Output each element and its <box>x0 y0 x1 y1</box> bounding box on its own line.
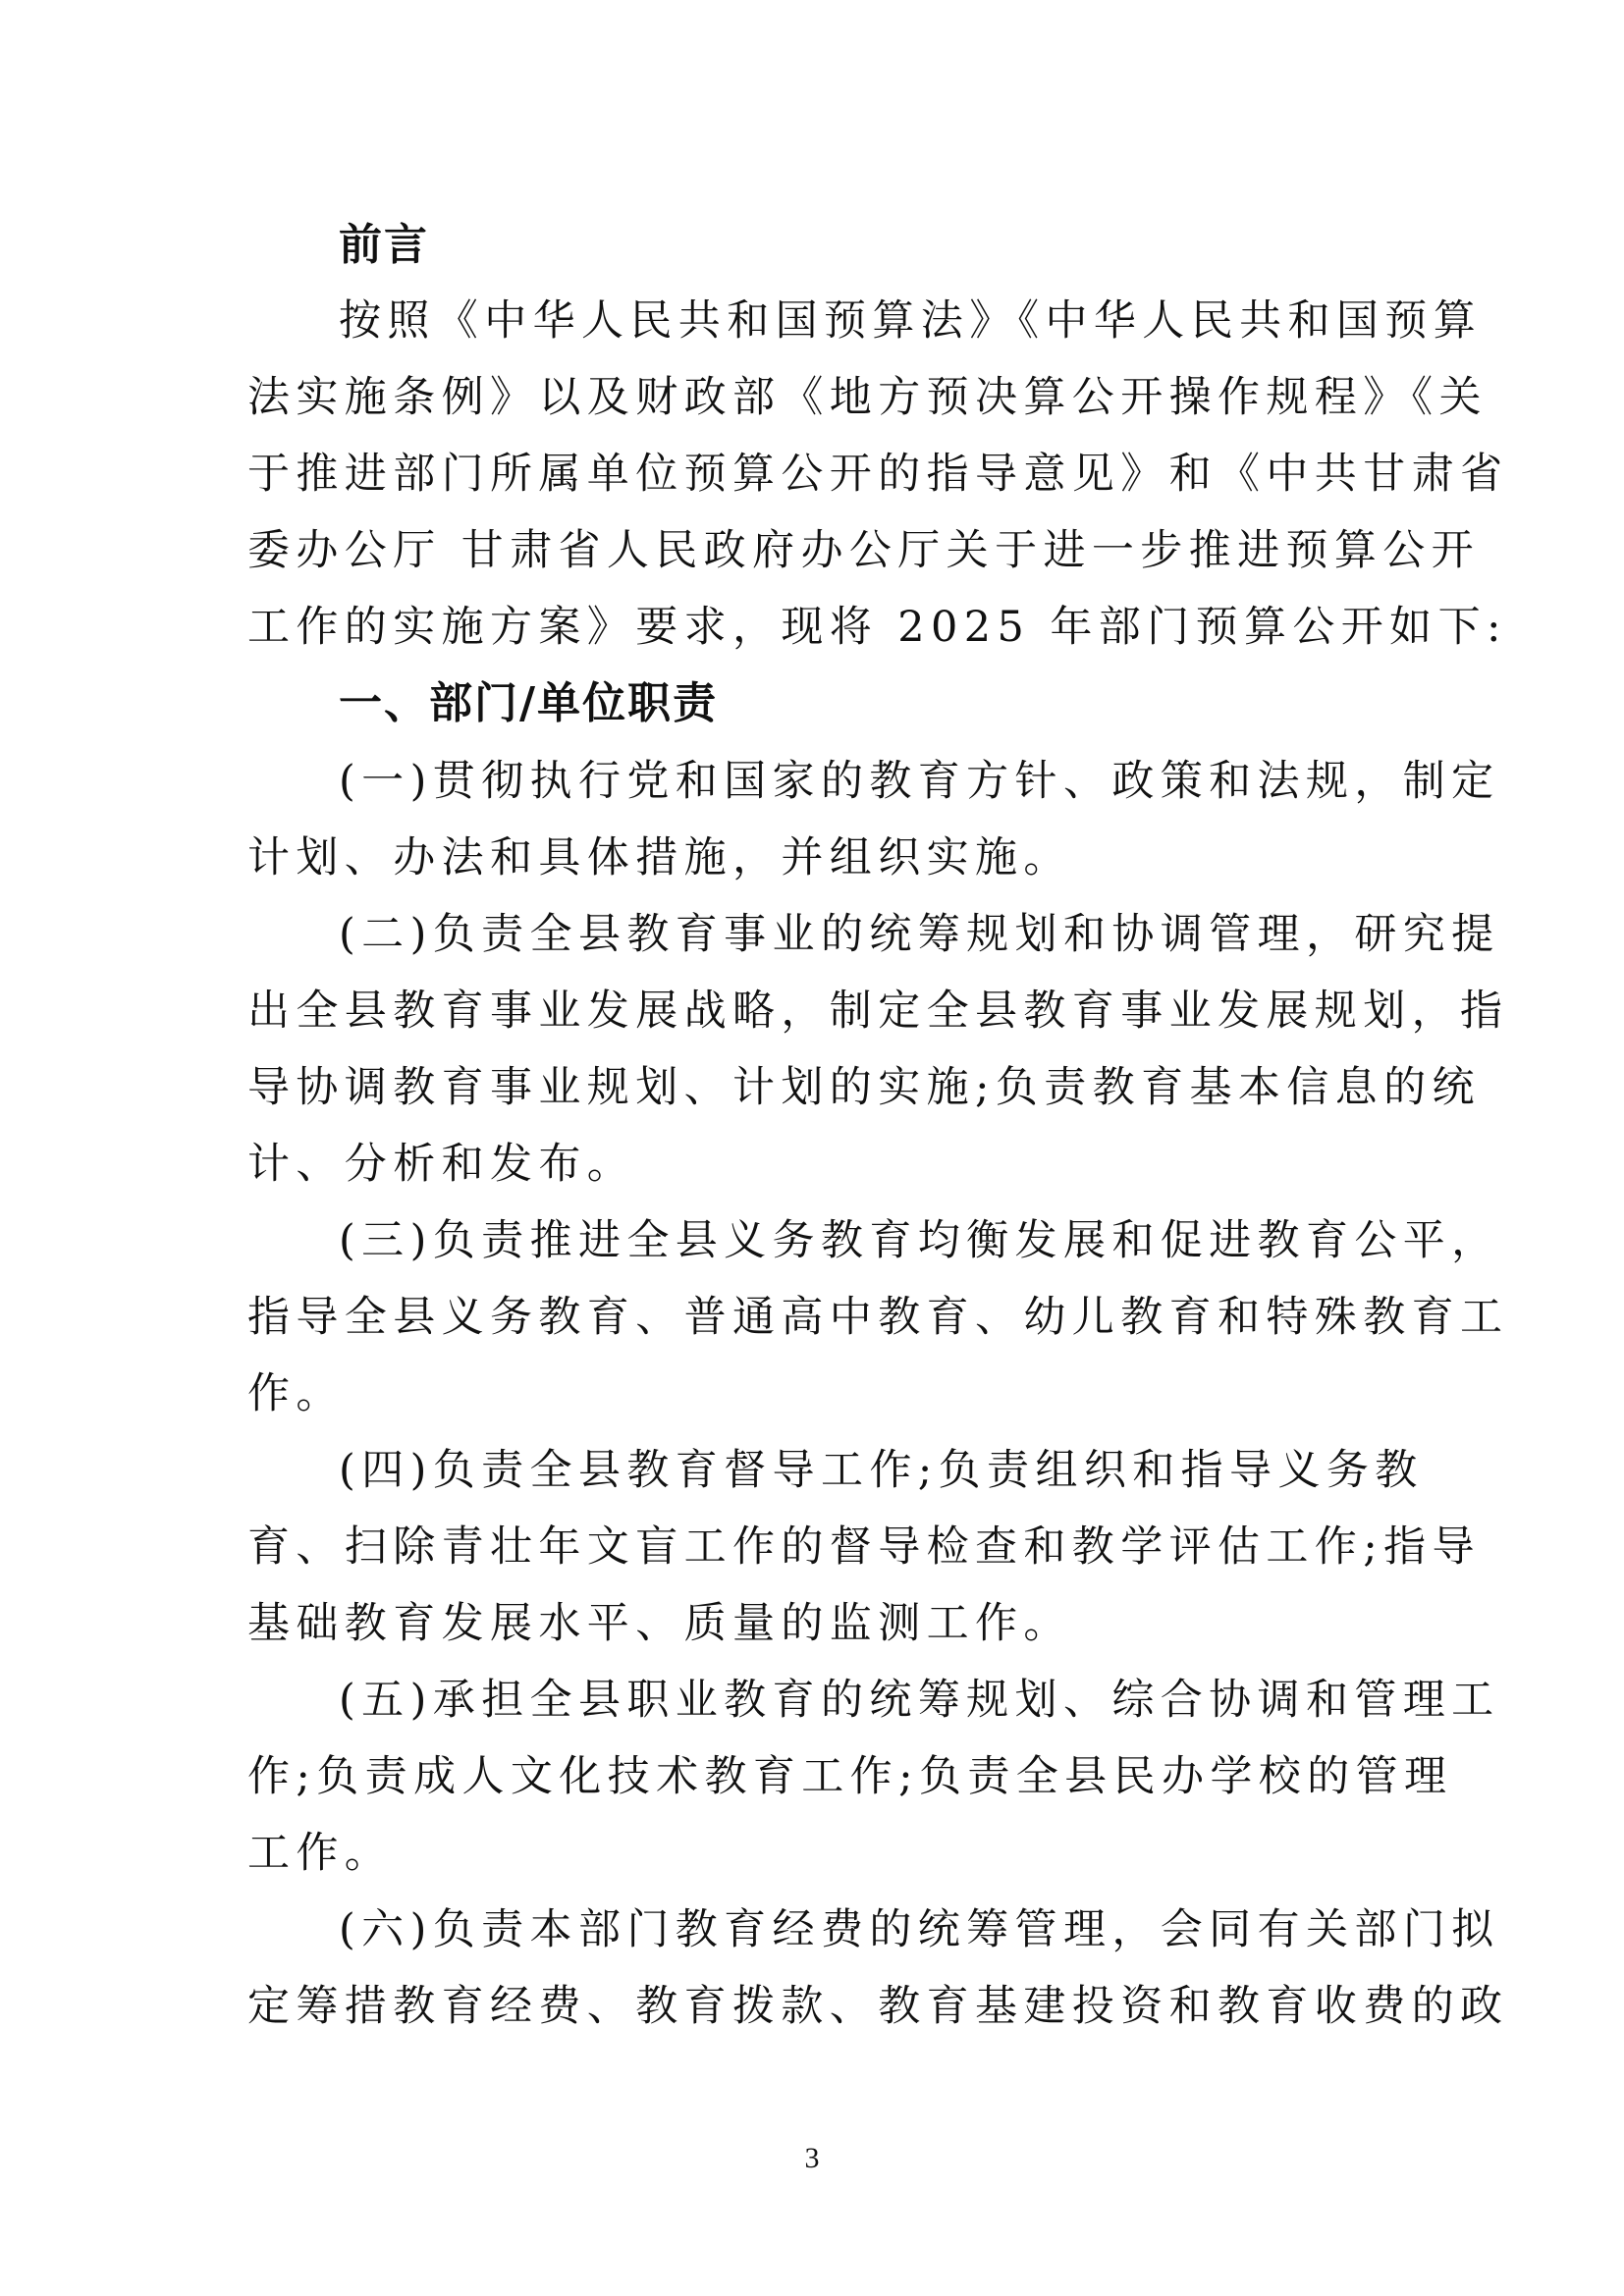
duty-item-4-line: (四)负责全县教育督导工作;负责组织和指导义务教 <box>339 1432 1386 1509</box>
preface-paragraph-line: 按照《中华人民共和国预算法》《中华人民共和国预算 <box>339 283 1386 359</box>
duty-item-6-line: 定筹措教育经费、教育拨款、教育基建投资和教育收费的政 <box>247 1968 1386 2045</box>
section-heading: 一、部门/单位职责 <box>339 666 1386 742</box>
duty-item-1-line: 计划、办法和具体措施，并组织实施。 <box>247 820 1386 896</box>
preface-title: 前言 <box>339 207 1386 284</box>
duty-item-5-line: 作;负责成人文化技术教育工作;负责全县民办学校的管理 <box>247 1738 1386 1815</box>
duty-item-2-line: 导协调教育事业规划、计划的实施;负责教育基本信息的统 <box>247 1049 1386 1126</box>
duty-item-3-line: 作。 <box>247 1356 1386 1432</box>
duty-item-5-line: (五)承担全县职业教育的统筹规划、综合协调和管理工 <box>339 1662 1386 1738</box>
preface-paragraph-line: 委办公厅 甘肃省人民政府办公厅关于进一步推进预算公开 <box>247 512 1386 589</box>
duty-item-4-line: 基础教育发展水平、质量的监测工作。 <box>247 1585 1386 1662</box>
duty-item-2-line: 出全县教育事业发展战略，制定全县教育事业发展规划，指 <box>247 973 1386 1049</box>
preface-paragraph-line: 工作的实施方案》要求，现将 2025 年部门预算公开如下: <box>247 589 1386 666</box>
duty-item-1-line: (一)贯彻执行党和国家的教育方针、政策和法规，制定 <box>339 743 1386 820</box>
preface-paragraph-line: 于推进部门所属单位预算公开的指导意见》和《中共甘肃省 <box>247 436 1386 512</box>
duty-item-2-line: (二)负责全县教育事业的统筹规划和协调管理，研究提 <box>339 896 1386 973</box>
duty-item-2-line: 计、分析和发布。 <box>247 1126 1386 1202</box>
duty-item-5-line: 工作。 <box>247 1815 1386 1892</box>
duty-item-3-line: 指导全县义务教育、普通高中教育、幼儿教育和特殊教育工 <box>247 1279 1386 1356</box>
page-number: 3 <box>0 2142 1624 2175</box>
preface-paragraph-line: 法实施条例》以及财政部《地方预决算公开操作规程》《关 <box>247 359 1386 436</box>
document-page: 前言 按照《中华人民共和国预算法》《中华人民共和国预算 法实施条例》以及财政部《… <box>0 0 1624 2296</box>
duty-item-3-line: (三)负责推进全县义务教育均衡发展和促进教育公平， <box>339 1202 1386 1279</box>
duty-item-6-line: (六)负责本部门教育经费的统筹管理，会同有关部门拟 <box>339 1892 1386 1968</box>
duty-item-4-line: 育、扫除青壮年文盲工作的督导检查和教学评估工作;指导 <box>247 1509 1386 1585</box>
